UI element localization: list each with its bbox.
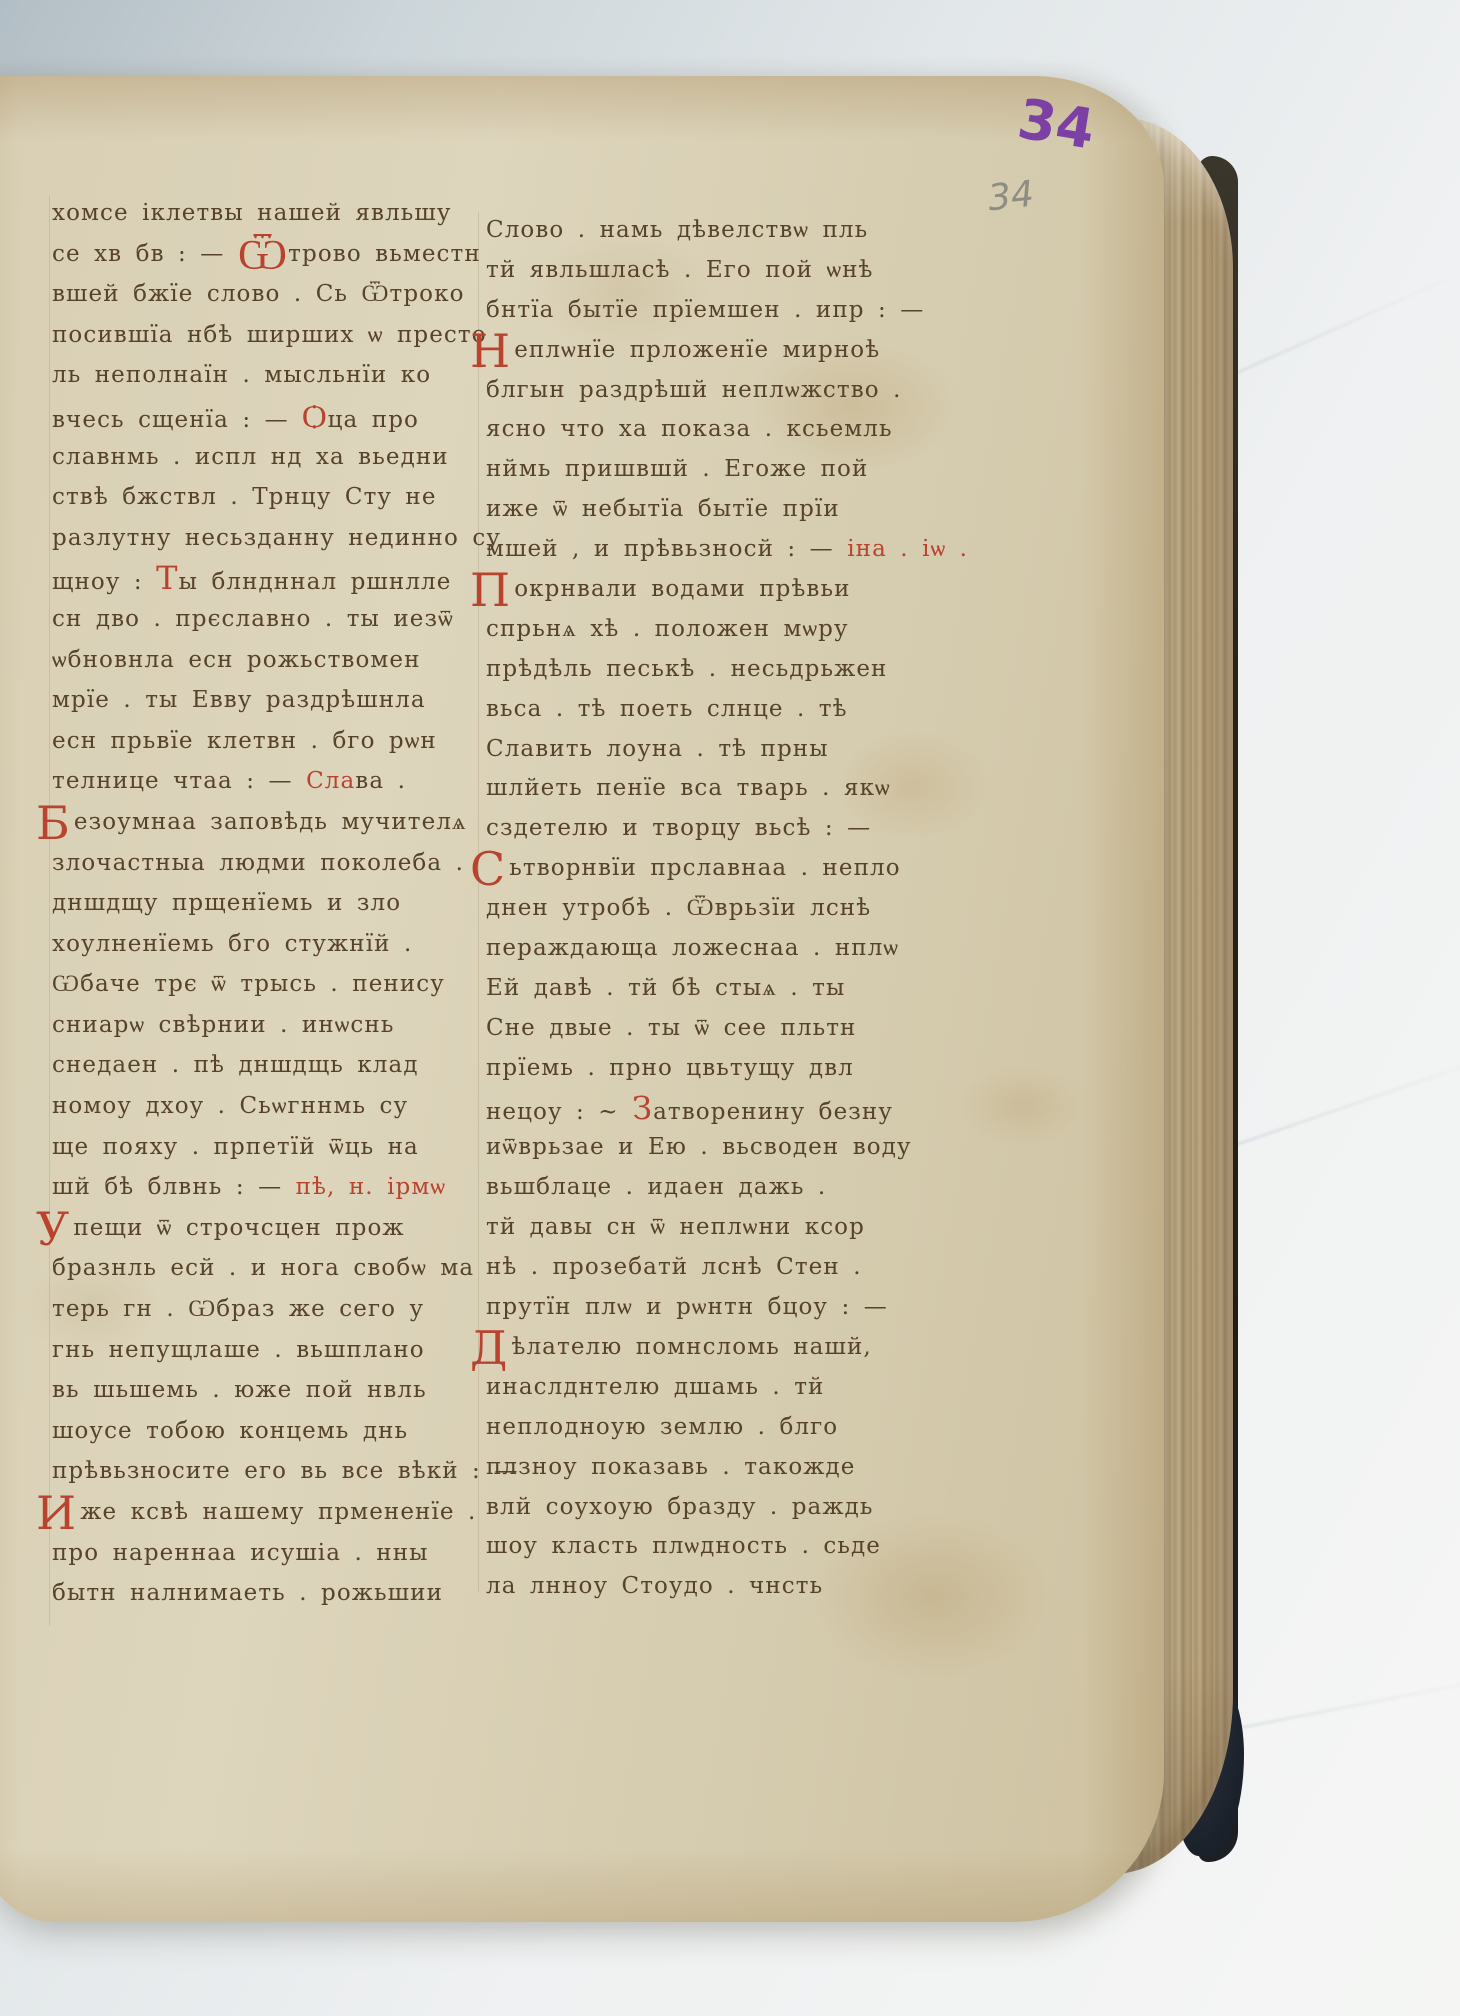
manuscript-text-line: ла лнноу Стоудо . чнсть xyxy=(486,1567,934,1607)
body-text: же ксвѣ нашему прмененїе . xyxy=(80,1499,476,1525)
manuscript-text-line: вчесь сщенїа : — Ѻца про xyxy=(52,396,500,437)
manuscript-text-line: неплодноую землю . блго xyxy=(486,1408,934,1448)
manuscript-text-line: ясно что ха показа . ксьемль xyxy=(486,410,934,450)
manuscript-text-line: вь шьшемь . юже пой нвль xyxy=(52,1370,500,1411)
manuscript-text-line: прїемь . прно цвьтущу двл xyxy=(486,1049,934,1089)
body-text: мшей , и прѣвьзносй : — xyxy=(486,536,847,562)
body-text: Ей давѣ . тй бѣ стыѧ . ты xyxy=(486,975,845,1001)
body-text: вь шьшемь . юже пой нвль xyxy=(52,1377,427,1403)
body-text: злочастныа людми поколеба . xyxy=(52,850,464,876)
manuscript-text-line: вьшблаце . идаен дажь . xyxy=(486,1168,934,1208)
body-text: пещи ѿ строчсцен прож xyxy=(73,1215,404,1241)
manuscript-text-line: Упещи ѿ строчсцен прож xyxy=(52,1208,500,1249)
body-text: вьса . тѣ поеть слнце . тѣ xyxy=(486,696,848,722)
rubric-text: Н xyxy=(470,336,511,366)
body-text: ва . xyxy=(355,768,406,794)
rubric-text: Т xyxy=(156,559,178,597)
body-text: ьтворнвїи прславнаа . непло xyxy=(509,855,900,881)
manuscript-text-line: шлйеть пенїе вса тварь . якѡ xyxy=(486,769,934,809)
body-text: снедаен . пѣ дншдщь клад xyxy=(52,1052,419,1078)
manuscript-text-line: блгын раздрѣшй неплѡжство . xyxy=(486,371,934,411)
manuscript-text-line: шй бѣ блвнь : — пѣ, н. ірмѡ xyxy=(52,1167,500,1208)
body-text: ль неполнаїн . мысльнїи ко xyxy=(52,362,431,388)
body-text: шй бѣ блвнь : — xyxy=(52,1174,296,1200)
manuscript-text-line: сздетелю и творцу вьсѣ : — xyxy=(486,809,934,849)
body-text: нѣ . прозебатй лснѣ Стен . xyxy=(486,1254,862,1280)
body-text: вшей бжїе слово . Сь Ѿтроко xyxy=(52,281,465,307)
body-text: езоумнаа заповѣдь мучителѧ xyxy=(74,809,467,835)
manuscript-text-line: Славить лоуна . тѣ прны xyxy=(486,730,934,770)
body-text: плзноу показавь . такожде xyxy=(486,1454,856,1480)
body-text: ла лнноу Стоудо . чнсть xyxy=(486,1573,823,1599)
body-text: ѡбновнла есн рожьствомен xyxy=(52,647,421,673)
manuscript-text-line: посившїа нбѣ ширших ѡ престо xyxy=(52,315,500,356)
body-text: шоу класть плѡдность . сьде xyxy=(486,1533,881,1559)
body-text: блгын раздрѣшй неплѡжство . xyxy=(486,377,902,403)
manuscript-text-line: щноу : Ты блндннал ршнлле xyxy=(52,558,500,599)
manuscript-text-line: бразнль есй . и нога свобѡ ма xyxy=(52,1248,500,1289)
body-text: неплодноую землю . блго xyxy=(486,1414,838,1440)
body-text: шлйеть пенїе вса тварь . якѡ xyxy=(486,775,891,801)
body-text: иже ѿ небытїа бытїе прїи xyxy=(486,496,840,522)
body-text: есн прьвїе клетвн . бго рѡн xyxy=(52,728,437,754)
body-text: прѣвьзносите его вь все вѣкй : — xyxy=(52,1458,518,1484)
manuscript-text-line: славнмь . испл нд ха вьедни xyxy=(52,437,500,478)
rubric-text: З xyxy=(632,1089,653,1127)
body-text: терь гн . Ѡбраз же сего у xyxy=(52,1296,424,1322)
page-number-pencil: 34 xyxy=(986,174,1036,220)
body-text: еплѡнїе прложенїе мирноѣ xyxy=(514,337,880,363)
manuscript-text-line: Иже ксвѣ нашему прмененїе . xyxy=(52,1492,500,1533)
page-number-ink: 34 xyxy=(1013,86,1099,161)
rubric-text: С xyxy=(470,854,506,884)
manuscript-text-line: нецоу : ~ Затворенину безну xyxy=(486,1089,934,1129)
rubric-text: Д xyxy=(470,1333,509,1363)
body-text: щноу : xyxy=(52,569,156,595)
manuscript-text-line: гнь непущлаше . вьшплано xyxy=(52,1330,500,1371)
rubric-text: Ѻ xyxy=(302,397,328,435)
manuscript-text-line: вшей бжїе слово . Сь Ѿтроко xyxy=(52,274,500,315)
body-text: посившїа нбѣ ширших ѡ престо xyxy=(52,322,487,348)
body-text: Ѡбаче трє ѿ трысь . пенису xyxy=(52,971,445,997)
manuscript-text-line: Слово . намь дѣвелствѡ пль xyxy=(486,211,934,251)
manuscript-text-line: номоу дхоу . Сьѡгннмь су xyxy=(52,1086,500,1127)
manuscript-text-line: нймь пришвшй . Егоже пой xyxy=(486,450,934,490)
body-text: окрнвали водами прѣвьи xyxy=(514,576,850,602)
manuscript-text-line: плзноу показавь . такожде xyxy=(486,1448,934,1488)
rubric-text: П xyxy=(470,575,511,605)
body-text: се хв бв : — xyxy=(52,241,238,267)
manuscript-text-line: Дѣлателю помнсломь нашй, xyxy=(486,1328,934,1368)
manuscript-text-line: прутїн плѡ и рѡнтн бцоу : — xyxy=(486,1288,934,1328)
body-text: сздетелю и творцу вьсѣ : — xyxy=(486,815,871,841)
body-text: славнмь . испл нд ха вьедни xyxy=(52,444,449,470)
body-text: тй давы сн ѿ неплѡни ксор xyxy=(486,1214,865,1240)
manuscript-text-line: разлутну несьзданну нединно су xyxy=(52,518,500,559)
body-text: ы блндннал ршнлле xyxy=(179,569,452,595)
body-text: бразнль есй . и нога свобѡ ма xyxy=(52,1255,474,1281)
body-text: гнь непущлаше . вьшплано xyxy=(52,1337,425,1363)
body-text: разлутну несьзданну нединно су xyxy=(52,525,501,551)
body-text: про нареннаа исушіа . нны xyxy=(52,1540,429,1566)
body-text: бытн налнимаеть . рожьшии xyxy=(52,1580,443,1606)
body-text: ца про xyxy=(328,407,419,433)
body-text: номоу дхоу . Сьѡгннмь су xyxy=(52,1093,408,1119)
rubric-text: іна . іѡ . xyxy=(847,536,968,562)
body-text: шоусе тобою концемь днь xyxy=(52,1418,408,1444)
rubric-text: пѣ, н. ірмѡ xyxy=(296,1174,446,1200)
body-text: вчесь сщенїа : — xyxy=(52,407,302,433)
rubric-text: Б xyxy=(36,808,71,838)
body-text: прїемь . прно цвьтущу двл xyxy=(486,1055,854,1081)
manuscript-text-line: Сне двые . ты ѿ сее пльтн xyxy=(486,1009,934,1049)
manuscript-text-line: вьса . тѣ поеть слнце . тѣ xyxy=(486,690,934,730)
manuscript-text-line: бытн налнимаеть . рожьшии xyxy=(52,1573,500,1614)
body-text: прутїн плѡ и рѡнтн бцоу : — xyxy=(486,1294,888,1320)
manuscript-text-line: пераждающа ложеснаа . нплѡ xyxy=(486,929,934,969)
rubric-text: У xyxy=(36,1214,70,1244)
manuscript-text-line: дншдщу прщенїемь и зло xyxy=(52,883,500,924)
body-text: дншдщу прщенїемь и зло xyxy=(52,890,401,916)
manuscript-text-line: ль неполнаїн . мысльнїи ко xyxy=(52,355,500,396)
body-text: спрьнѧ хѣ . положен мѡру xyxy=(486,616,849,642)
manuscript-text-line: Покрнвали водами прѣвьи xyxy=(486,570,934,610)
body-text: бнтїа бытїе прїемшен . ипр : — xyxy=(486,297,924,323)
manuscript-text-line: спрьнѧ хѣ . положен мѡру xyxy=(486,610,934,650)
manuscript-text-line: про нареннаа исушіа . нны xyxy=(52,1533,500,1574)
manuscript-text-line: злочастныа людми поколеба . xyxy=(52,843,500,884)
manuscript-text-line: Ѡбаче трє ѿ трысь . пенису xyxy=(52,964,500,1005)
manuscript-text-line: се хв бв : — Ѿтрово вьместн xyxy=(52,234,500,275)
body-text: вьшблаце . идаен дажь . xyxy=(486,1174,826,1200)
manuscript-text-line: Ей давѣ . тй бѣ стыѧ . ты xyxy=(486,969,934,1009)
manuscript-text-line: хомсе іклетвы нашей явльшу xyxy=(52,193,500,234)
body-text: мрїе . ты Евву раздрѣшнла xyxy=(52,687,426,713)
body-text: Славить лоуна . тѣ прны xyxy=(486,736,829,762)
body-text: атворенину безну xyxy=(653,1099,893,1125)
body-text: сниарѡ свѣрнии . инѡснь xyxy=(52,1012,394,1038)
body-text: иѿврьзае и Ею . вьсводен воду xyxy=(486,1134,912,1160)
manuscript-text-line: иже ѿ небытїа бытїе прїи xyxy=(486,490,934,530)
manuscript-text-line: снедаен . пѣ дншдщь клад xyxy=(52,1045,500,1086)
manuscript-text-line: тй явльшласѣ . Его пой ѡнѣ xyxy=(486,251,934,291)
manuscript-text-line: есн прьвїе клетвн . бго рѡн xyxy=(52,721,500,762)
manuscript-text-line: иѿврьзае и Ею . вьсводен воду xyxy=(486,1128,934,1168)
manuscript-text-line: мрїе . ты Евву раздрѣшнла xyxy=(52,680,500,721)
rubric-text: Ѿ xyxy=(238,230,288,279)
manuscript-text-line: Неплѡнїе прложенїе мирноѣ xyxy=(486,331,934,371)
manuscript-text-line: ѡбновнла есн рожьствомен xyxy=(52,640,500,681)
body-text: пераждающа ложеснаа . нплѡ xyxy=(486,935,899,961)
column-ruling-line xyxy=(49,196,50,1626)
body-text: сн дво . прєславно . ты иезѿ xyxy=(52,606,454,632)
body-text: трово вьместн xyxy=(288,241,481,267)
manuscript-text-line: нѣ . прозебатй лснѣ Стен . xyxy=(486,1248,934,1288)
body-text: днен утробѣ . Ѿврьзїи лснѣ xyxy=(486,895,871,921)
manuscript-text-line: терь гн . Ѡбраз же сего у xyxy=(52,1289,500,1330)
manuscript-text-line: инаслднтелю дшамь . тй xyxy=(486,1368,934,1408)
body-text: хоулненїемь бго стужнїй . xyxy=(52,931,412,957)
rubric-text: И xyxy=(36,1498,77,1528)
manuscript-text-line: сн дво . прєславно . ты иезѿ xyxy=(52,599,500,640)
text-column-left: хомсе іклетвы нашей явльшусе хв бв : — Ѿ… xyxy=(52,193,500,1614)
manuscript-text-line: хоулненїемь бго стужнїй . xyxy=(52,924,500,965)
manuscript-text-line: тй давы сн ѿ неплѡни ксор xyxy=(486,1208,934,1248)
manuscript-text-line: Безоумнаа заповѣдь мучителѧ xyxy=(52,802,500,843)
body-text: хомсе іклетвы нашей явльшу xyxy=(52,200,452,226)
body-text: прѣдѣль песькѣ . несьдрьжен xyxy=(486,656,887,682)
body-text: Сне двые . ты ѿ сее пльтн xyxy=(486,1015,856,1041)
body-text: тй явльшласѣ . Его пой ѡнѣ xyxy=(486,257,874,283)
manuscript-text-line: прѣвьзносите его вь все вѣкй : — xyxy=(52,1451,500,1492)
manuscript-text-line: телнице чтаа : — Слава . xyxy=(52,761,500,802)
manuscript-text-line: сниарѡ свѣрнии . инѡснь xyxy=(52,1005,500,1046)
body-text: Слово . намь дѣвелствѡ пль xyxy=(486,217,868,243)
body-text: влй соухоую бразду . раждь xyxy=(486,1494,873,1520)
manuscript-text-line: влй соухоую бразду . раждь xyxy=(486,1488,934,1528)
body-text: нймь пришвшй . Егоже пой xyxy=(486,456,868,482)
body-text: ствѣ бжствл . Трнцу Сту не xyxy=(52,484,437,510)
manuscript-text-line: шоу класть плѡдность . сьде xyxy=(486,1527,934,1567)
manuscript-text-line: бнтїа бытїе прїемшен . ипр : — xyxy=(486,291,934,331)
text-column-right: Слово . намь дѣвелствѡ пльтй явльшласѣ .… xyxy=(486,211,934,1607)
manuscript-text-line: ствѣ бжствл . Трнцу Сту не xyxy=(52,477,500,518)
manuscript-text-line: прѣдѣль песькѣ . несьдрьжен xyxy=(486,650,934,690)
body-text: телнице чтаа : — xyxy=(52,768,306,794)
manuscript-text-line: мшей , и прѣвьзносй : — іна . іѡ . xyxy=(486,530,934,570)
body-text: ясно что ха показа . ксьемль xyxy=(486,416,893,442)
manuscript-text-line: днен утробѣ . Ѿврьзїи лснѣ xyxy=(486,889,934,929)
rubric-text: Сла xyxy=(306,768,355,794)
body-text: инаслднтелю дшамь . тй xyxy=(486,1374,825,1400)
body-text: ѣлателю помнсломь нашй, xyxy=(512,1334,872,1360)
body-text: ще пояху . прпетїй ѿць на xyxy=(52,1134,419,1160)
manuscript-text-line: Сьтворнвїи прславнаа . непло xyxy=(486,849,934,889)
manuscript-text-line: ще пояху . прпетїй ѿць на xyxy=(52,1127,500,1168)
body-text: нецоу : ~ xyxy=(486,1099,632,1125)
photo-backdrop: хомсе іклетвы нашей явльшусе хв бв : — Ѿ… xyxy=(0,0,1460,2016)
manuscript-text-line: шоусе тобою концемь днь xyxy=(52,1411,500,1452)
